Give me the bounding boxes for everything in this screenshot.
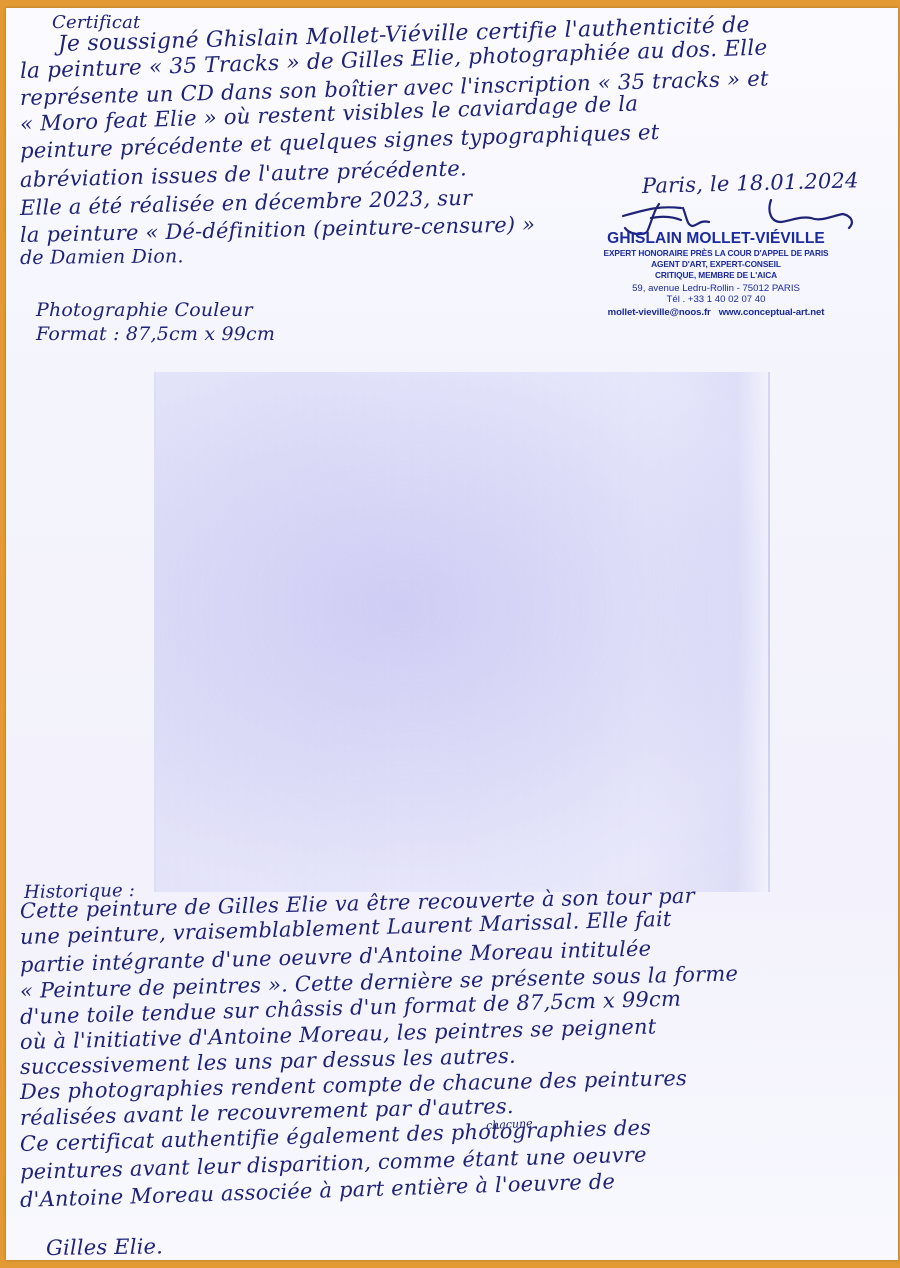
stamp-email[interactable]: mollet-vieville@noos.fr xyxy=(608,307,711,318)
place-date: Paris, le 18.01.2024 xyxy=(642,168,859,198)
show-through-photograph xyxy=(154,372,770,892)
photo-medium: Photographie Couleur xyxy=(36,298,275,322)
stamp-line: CRITIQUE, MEMBRE DE L'AICA xyxy=(566,270,866,281)
stamp-address: 59, avenue Ledru-Rollin - 75012 PARIS xyxy=(566,283,866,294)
photo-format-note: Photographie Couleur Format : 87,5cm x 9… xyxy=(36,298,275,346)
stamp-phone: Tél . +33 1 40 02 07 40 xyxy=(566,294,866,305)
expert-stamp: GHISLAIN MOLLET-VIÉVILLE EXPERT HONORAIR… xyxy=(566,230,866,319)
stamp-website[interactable]: www.conceptual-art.net xyxy=(719,307,825,318)
history-line: Gilles Elie. xyxy=(46,1234,163,1260)
stamp-line: AGENT D'ART, EXPERT-CONSEIL xyxy=(566,259,866,270)
certificate-paper: Certificat Je soussigné Ghislain Mollet-… xyxy=(6,8,898,1260)
stamp-name: GHISLAIN MOLLET-VIÉVILLE xyxy=(566,230,866,248)
stamp-contact: mollet-vieville@noos.frwww.conceptual-ar… xyxy=(566,307,866,319)
intro-line: de Damien Dion. xyxy=(20,244,184,270)
stamp-line: EXPERT HONORAIRE PRÈS LA COUR D'APPEL DE… xyxy=(566,248,866,259)
photo-format: Format : 87,5cm x 99cm xyxy=(36,322,275,346)
